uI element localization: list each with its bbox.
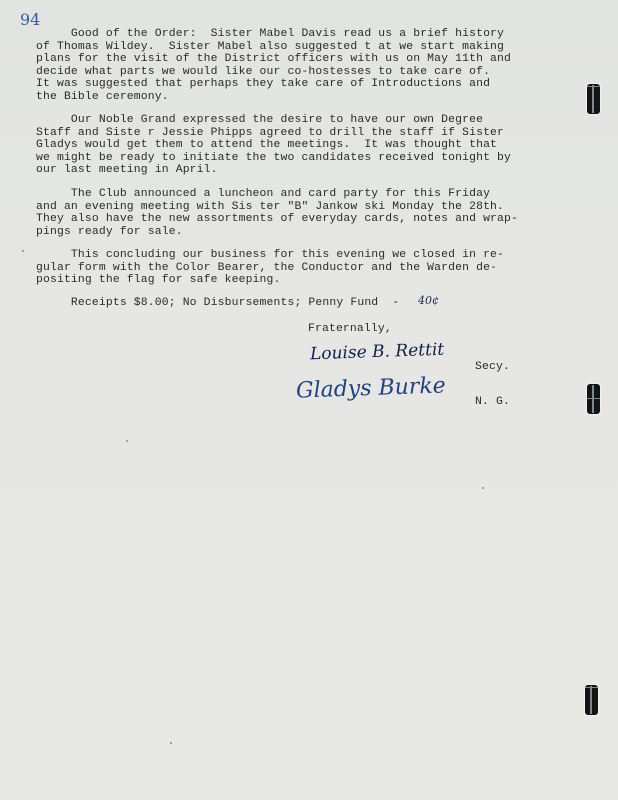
paragraph-club-announcement: The Club announced a luncheon and card p… [36, 188, 518, 238]
document-page: 94 Good of the Order: Sister Mabel Davis… [0, 0, 618, 800]
text-line: Good of the Order: Sister Mabel Davis re… [36, 28, 504, 40]
paper-speck [170, 742, 172, 744]
paragraph-degree-staff: Our Noble Grand expressed the desire to … [36, 114, 511, 177]
noble-grand-title: N. G. [475, 396, 510, 409]
page-number: 94 [20, 10, 40, 29]
text-line: pings ready for sale. [36, 226, 183, 238]
text-line: Our Noble Grand expressed the desire to … [36, 114, 483, 126]
text-line: decide what parts we would like our co-h… [36, 66, 490, 78]
text-line: Gladys would get them to attend the meet… [36, 139, 497, 151]
paragraph-receipts: Receipts $8.00; No Disbursements; Penny … [36, 297, 399, 310]
text-line: our last meeting in April. [36, 164, 218, 176]
text-line: Receipts $8.00; No Disbursements; Penny … [36, 297, 399, 309]
text-line: of Thomas Wildey. Sister Mabel also sugg… [36, 41, 504, 53]
text-line: Staff and Siste r Jessie Phipps agreed t… [36, 127, 504, 139]
text-line: positing the flag for safe keeping. [36, 274, 281, 286]
secretary-signature: Louise B. Rettit [310, 340, 445, 365]
paper-speck [22, 250, 24, 252]
text-line: and an evening meeting with Sis ter "B" … [36, 201, 504, 213]
text-line: the Bible ceremony. [36, 91, 169, 103]
paper-speck [482, 487, 484, 489]
text-line: They also have the new assortments of ev… [36, 213, 518, 225]
text-line: This concluding our business for this ev… [36, 249, 504, 261]
secretary-title: Secy. [475, 361, 510, 374]
paper-speck [126, 440, 128, 442]
paragraph-closing-business: This concluding our business for this ev… [36, 249, 504, 287]
closing-salutation: Fraternally, [308, 323, 392, 336]
binder-hole-middle [587, 384, 600, 414]
text-line: plans for the visit of the District offi… [36, 53, 511, 65]
binder-hole-top [587, 84, 600, 114]
text-line: The Club announced a luncheon and card p… [36, 188, 490, 200]
text-line: It was suggested that perhaps they take … [36, 78, 490, 90]
paragraph-good-of-the-order: Good of the Order: Sister Mabel Davis re… [36, 28, 511, 104]
text-line: gular form with the Color Bearer, the Co… [36, 262, 497, 274]
noble-grand-signature: Gladys Burke [296, 373, 447, 403]
handwritten-penny-fund-amount: 40¢ [418, 294, 439, 307]
binder-hole-bottom [585, 685, 598, 715]
text-line: we might be ready to initiate the two ca… [36, 152, 511, 164]
